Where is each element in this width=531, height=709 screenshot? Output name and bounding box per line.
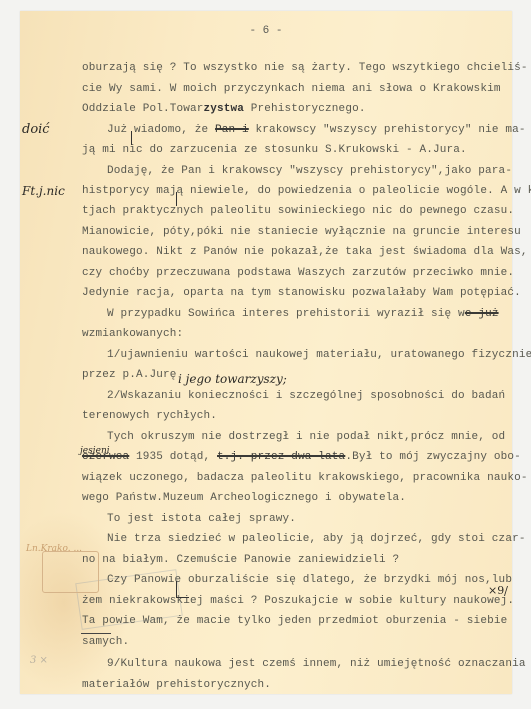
text-span: 1/ujawnieniu wartości naukowej materiału… — [107, 349, 531, 361]
text-span: no na białym. Czemuście Panowie zaniewid… — [82, 554, 399, 566]
text-line: no na białym. Czemuście Panowie zaniewid… — [82, 554, 399, 566]
text-line: materiałów prehistorycznych. — [82, 679, 271, 691]
text-span: W przypadku Sowińca interes prehistorii … — [107, 308, 465, 320]
box-note-text: Ln.Krako. ... — [26, 544, 82, 554]
text-line: 2/Wskazaniu konieczności i szczególnej s… — [107, 390, 505, 402]
page-number: - 6 - — [20, 25, 512, 37]
margin-note-2: Ft.j.nic — [22, 184, 65, 198]
struck-text: e już — [465, 308, 499, 320]
text-line: Nie trza siedzieć w paleolicie, aby ją d… — [107, 533, 526, 545]
margin-note-1: doić — [22, 122, 50, 137]
text-line: wiązek uczonego, badacza paleolitu krako… — [82, 472, 528, 484]
text-line: czy choćby przeczuwana podstawa Waszych … — [82, 267, 514, 279]
insertion-caret — [176, 581, 189, 598]
text-span: żem niekrakowskiej maści ? Poszukajcie w… — [82, 595, 514, 607]
text-line: terenowych rychłych. — [82, 410, 217, 422]
text-line: Jedynie racja, oparta na tym stanowisku … — [82, 287, 521, 299]
text-span: materiałów prehistorycznych. — [82, 679, 271, 691]
text-span: histporycy mają niewiele, do powiedzenia… — [82, 185, 531, 197]
corner-marks: 3 × — [30, 655, 48, 666]
text-line: histporycy mają niewiele, do powiedzenia… — [82, 185, 531, 197]
text-span: Już wiadomo, że — [107, 124, 215, 136]
text-span: Mianowicie, póty,póki nie staniecie wyłą… — [82, 226, 521, 238]
text-span: naukowego. Nikt z Panów nie pokazał,że t… — [82, 246, 528, 258]
text-span: 9/Kultura naukowa jest czemś innem, niż … — [107, 658, 526, 670]
text-span: oburzają się ? To wszystko nie są żarty.… — [82, 62, 528, 74]
insertion-caret — [131, 131, 132, 145]
text-line: W przypadku Sowińca interes prehistorii … — [107, 308, 499, 320]
footnote-line: 9/Kultura naukowa jest czemś innem, niż … — [107, 658, 526, 670]
text-span: To jest istota całej sprawy. — [107, 513, 296, 525]
text-span: Tych okruszym nie dostrzegł i nie podał … — [107, 431, 505, 443]
text-span: wzmiankowanych: — [82, 328, 183, 340]
text-span: wiązek uczonego, badacza paleolitu krako… — [82, 472, 528, 484]
text-span: 1935 dotąd, — [129, 451, 217, 463]
text-line: Ta powie Wam, że macie tylko jeden przed… — [82, 615, 507, 627]
text-line: 1/ujawnieniu wartości naukowej materiału… — [107, 349, 531, 361]
text-line: oburzają się ? To wszystko nie są żarty.… — [82, 62, 528, 74]
text-line: To jest istota całej sprawy. — [107, 513, 296, 525]
text-line: Czy Panowie oburzaliście się dlatego, że… — [107, 574, 512, 586]
text-span: krakowscy "wszyscy prehistorycy" nie ma- — [249, 124, 526, 136]
text-span: .Był to mój zwyczajny obo- — [345, 451, 521, 463]
text-span: Oddziale Pol.Towar — [82, 103, 204, 115]
text-span: Jedynie racja, oparta na tym stanowisku … — [82, 287, 521, 299]
text-line: żem niekrakowskiej maści ? Poszukajcie w… — [82, 595, 514, 607]
text-span: Prehistorycznego. — [244, 103, 366, 115]
text-span: Dodaję, że Pan i krakowscy "wszyscy preh… — [107, 165, 512, 177]
text-line: Tych okruszym nie dostrzegł i nie podał … — [107, 431, 505, 443]
footnote-marker: ×9/ — [488, 584, 508, 597]
text-line: Dodaję, że Pan i krakowscy "wszyscy preh… — [107, 165, 512, 177]
text-span: przez p.A.Jurę — [82, 369, 177, 381]
text-line: Mianowicie, póty,póki nie staniecie wyłą… — [82, 226, 521, 238]
text-line: naukowego. Nikt z Panów nie pokazał,że t… — [82, 246, 528, 258]
text-line: czerwca 1935 dotąd, t.j. przez dwa lata.… — [82, 451, 521, 463]
text-span: cie Wy sami. W moich przyczynkach niema … — [82, 83, 501, 95]
text-line: cie Wy sami. W moich przyczynkach niema … — [82, 83, 501, 95]
text-line: samych. — [82, 636, 129, 648]
text-line: Oddziale Pol.Towarzystwa Prehistoryczneg… — [82, 103, 366, 115]
footnote-rule — [81, 633, 111, 634]
text-span: Czy Panowie oburzaliście się dlatego, że… — [107, 574, 512, 586]
text-span: terenowych rychłych. — [82, 410, 217, 422]
text-span: czy choćby przeczuwana podstawa Waszych … — [82, 267, 514, 279]
text-span: ją mi nic do zarzucenia ze stosunku S.Kr… — [82, 144, 467, 156]
insertion-caret — [176, 192, 177, 206]
handwritten-insert-jesieni: jesieni — [80, 446, 110, 456]
text-span: 2/Wskazaniu konieczności i szczególnej s… — [107, 390, 505, 402]
text-line: tjach praktycznych paleolitu sowinieckie… — [82, 205, 514, 217]
struck-text: t.j. przez dwa lata — [217, 451, 345, 463]
text-span: wego Państw.Muzeum Archeologicznego i ob… — [82, 492, 406, 504]
text-span: Nie trza siedzieć w paleolicie, aby ją d… — [107, 533, 526, 545]
text-line: Już wiadomo, że Pan i krakowscy "wszyscy… — [107, 124, 526, 136]
text-span: Ta powie Wam, że macie tylko jeden przed… — [82, 615, 507, 627]
text-line: przez p.A.Jurę — [82, 369, 177, 381]
handwritten-insert-towarzyszy: i jego towarzyszy; — [178, 372, 287, 386]
text-line: wego Państw.Muzeum Archeologicznego i ob… — [82, 492, 406, 504]
struck-text: Pan i — [215, 124, 249, 136]
overtyped-text: zystwa — [204, 103, 245, 115]
text-span: tjach praktycznych paleolitu sowinieckie… — [82, 205, 514, 217]
text-span: samych. — [82, 636, 129, 648]
text-line: wzmiankowanych: — [82, 328, 183, 340]
text-line: ją mi nic do zarzucenia ze stosunku S.Kr… — [82, 144, 467, 156]
